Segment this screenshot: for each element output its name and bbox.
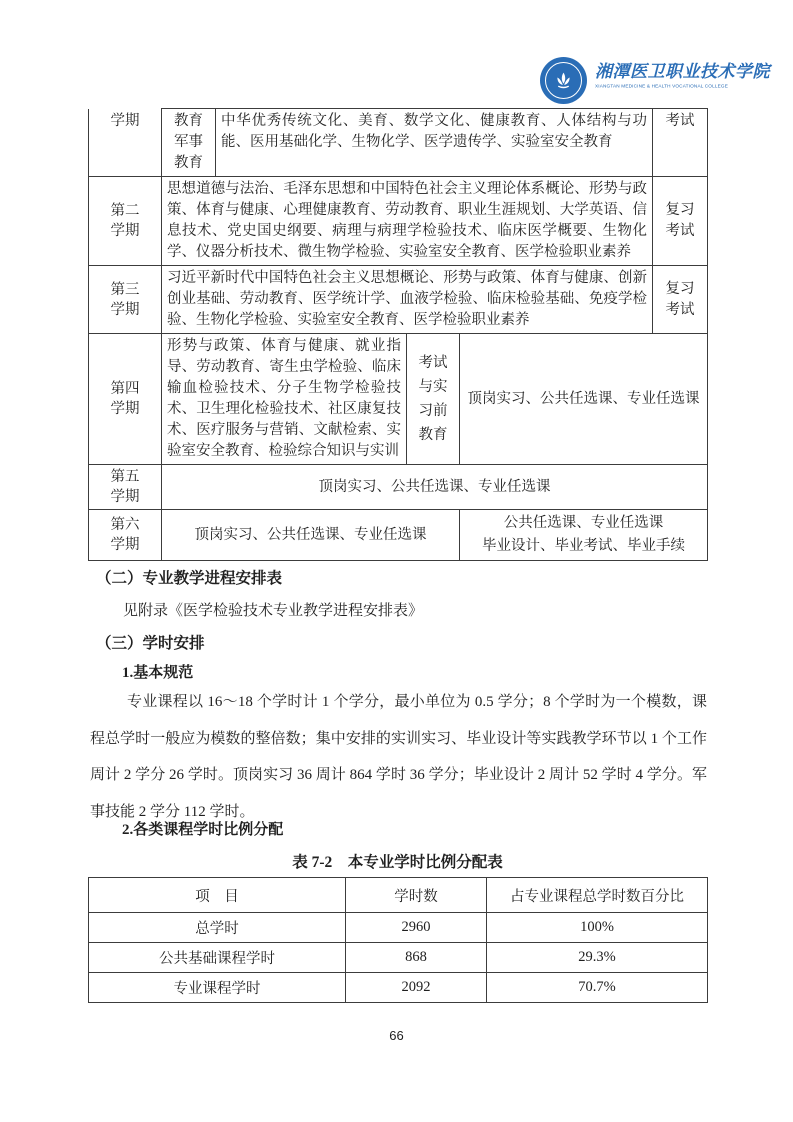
cell-courses-3: 习近平新时代中国特色社会主义思想概论、形势与政策、体育与健康、创新创业基础、劳动…	[162, 266, 653, 334]
hours-header-count: 学时数	[346, 878, 487, 913]
hours-cell-item: 公共基础课程学时	[89, 943, 346, 973]
hours-distribution-table: 项 目 学时数 占专业课程总学时数百分比 总学时 2960 100% 公共基础课…	[88, 877, 708, 1003]
cell-graduation-6: 公共任选课、专业任选课 毕业设计、毕业考试、毕业手续	[460, 510, 708, 561]
hours-cell-count: 2960	[346, 913, 487, 943]
schedule-row-4: 第四学期 形势与政策、体育与健康、就业指导、劳动教育、寄生虫学检验、临床输血检验…	[89, 334, 708, 465]
hours-row-public: 公共基础课程学时 868 29.3%	[89, 943, 708, 973]
section-3-sub1: 1.基本规范	[122, 661, 193, 682]
cell-courses-2: 思想道德与法治、毛泽东思想和中国特色社会主义理论体系概论、形势与政策、体育与健康…	[162, 177, 653, 266]
cell-practice-4: 顶岗实习、公共任选课、专业任选课	[460, 334, 708, 465]
cell-exam-education-4: 考试与实习前教育	[407, 334, 460, 465]
cell-semester-5: 第五学期	[89, 465, 162, 510]
hours-cell-item: 总学时	[89, 913, 346, 943]
cell-practice-6: 顶岗实习、公共任选课、专业任选课	[162, 510, 460, 561]
schedule-row-3: 第三学期 习近平新时代中国特色社会主义思想概论、形势与政策、体育与健康、创新创业…	[89, 266, 708, 334]
hours-cell-percent: 70.7%	[487, 973, 708, 1003]
basic-standard-paragraph: 专业课程以 16～18 个学时计 1 个学分，最小单位为 0.5 学分；8 个学…	[90, 684, 707, 830]
cell-semester-4: 第四学期	[89, 334, 162, 465]
cell-exam-3: 复习考试	[653, 266, 708, 334]
hours-header-percent: 占专业课程总学时数百分比	[487, 878, 708, 913]
schedule-row-6: 第六学期 顶岗实习、公共任选课、专业任选课 公共任选课、专业任选课 毕业设计、毕…	[89, 510, 708, 561]
hours-cell-count: 868	[346, 943, 487, 973]
lotus-icon	[553, 70, 574, 91]
hours-row-total: 总学时 2960 100%	[89, 913, 708, 943]
cell-semester-3: 第三学期	[89, 266, 162, 334]
cell-exam-2: 复习考试	[653, 177, 708, 266]
college-name-block: 湘潭医卫职业技术学院 XIANGTAN MEDICINE & HEALTH VO…	[595, 57, 793, 93]
cell-semester-2: 第二学期	[89, 177, 162, 266]
graduation-line-2: 毕业设计、毕业考试、毕业手续	[465, 535, 702, 558]
document-page: 湘潭医卫职业技术学院 XIANGTAN MEDICINE & HEALTH VO…	[0, 0, 793, 1122]
cell-courses-4: 形势与政策、体育与健康、就业指导、劳动教育、寄生虫学检验、临床输血检验技术、分子…	[162, 334, 407, 465]
hours-cell-item: 专业课程学时	[89, 973, 346, 1003]
hours-row-major: 专业课程学时 2092 70.7%	[89, 973, 708, 1003]
cell-semester-6: 第六学期	[89, 510, 162, 561]
hours-cell-percent: 29.3%	[487, 943, 708, 973]
page-number: 66	[0, 1028, 793, 1043]
hours-header-item: 项 目	[89, 878, 346, 913]
cell-courses-1: 中华优秀传统文化、美育、数学文化、健康教育、人体结构与功能、医用基础化学、生物化…	[216, 109, 653, 177]
hours-cell-count: 2092	[346, 973, 487, 1003]
section-3-title: （三）学时安排	[96, 631, 205, 653]
cell-semester-1: 学期	[89, 109, 162, 177]
semester-schedule-table: 学期 教育军事教育 中华优秀传统文化、美育、数学文化、健康教育、人体结构与功能、…	[88, 108, 708, 561]
hours-cell-percent: 100%	[487, 913, 708, 943]
cell-module-1: 教育军事教育	[162, 109, 216, 177]
schedule-row-2: 第二学期 思想道德与法治、毛泽东思想和中国特色社会主义理论体系概论、形势与政策、…	[89, 177, 708, 266]
schedule-row-1: 学期 教育军事教育 中华优秀传统文化、美育、数学文化、健康教育、人体结构与功能、…	[89, 109, 708, 177]
section-2-title: （二）专业教学进程安排表	[96, 566, 282, 588]
college-emblem-icon	[540, 57, 587, 104]
college-logo: 湘潭医卫职业技术学院 XIANGTAN MEDICINE & HEALTH VO…	[540, 57, 793, 104]
schedule-row-5: 第五学期 顶岗实习、公共任选课、专业任选课	[89, 465, 708, 510]
cell-practice-5: 顶岗实习、公共任选课、专业任选课	[162, 465, 708, 510]
hours-header-row: 项 目 学时数 占专业课程总学时数百分比	[89, 878, 708, 913]
cell-exam-1: 考试	[653, 109, 708, 177]
graduation-line-1: 公共任选课、专业任选课	[465, 512, 702, 535]
college-name-zh: 湘潭医卫职业技术学院	[595, 62, 793, 82]
section-2-note: 见附录《医学检验技术专业教学进程安排表》	[123, 599, 423, 620]
college-name-en: XIANGTAN MEDICINE & HEALTH VOCATIONAL CO…	[595, 83, 728, 89]
hours-table-title: 表 7-2 本专业学时比例分配表	[88, 850, 707, 872]
section-3-sub2: 2.各类课程学时比例分配	[122, 818, 283, 839]
